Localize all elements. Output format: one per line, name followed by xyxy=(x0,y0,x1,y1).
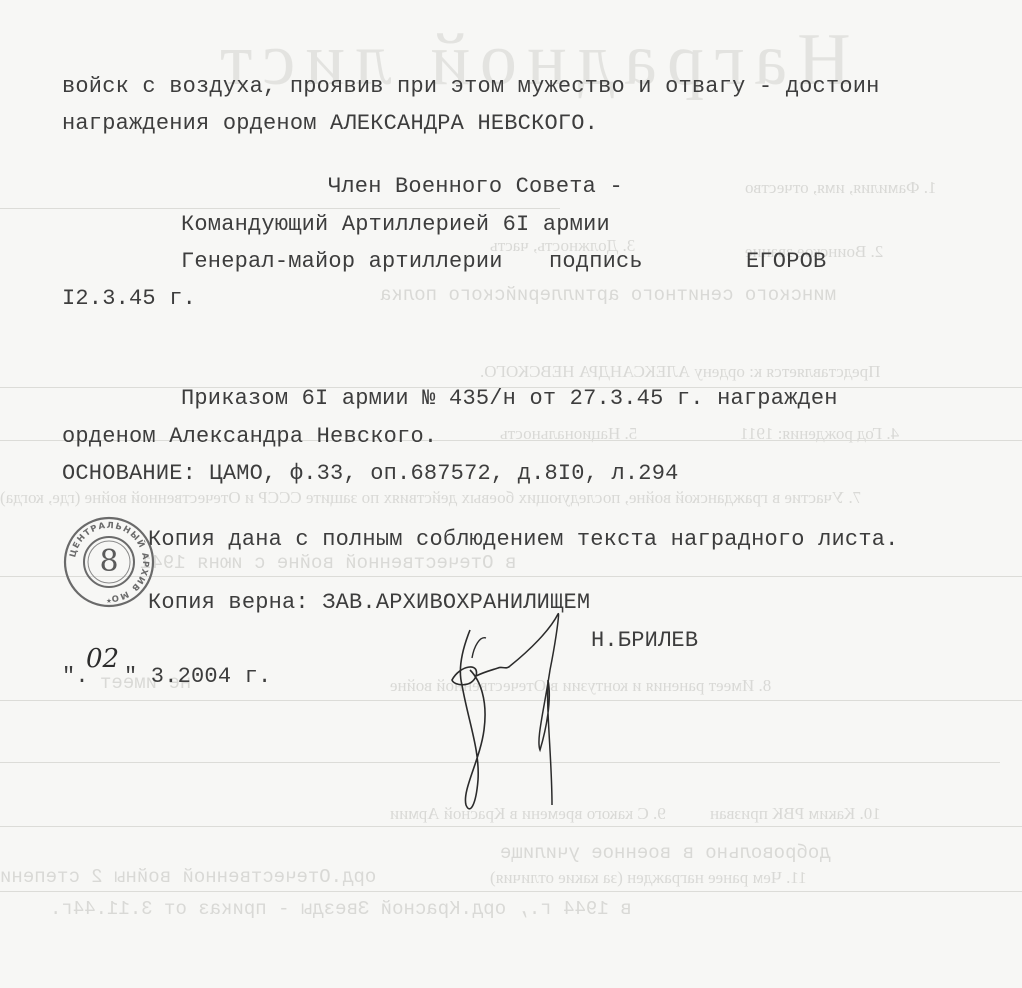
ghost-fragment: 10. Каким РВК призван xyxy=(710,804,881,824)
signatory-date: I2.3.45 г. xyxy=(62,286,196,311)
ghost-fragment: 7. Участие в гражданской войне, последую… xyxy=(0,488,861,508)
handwritten-day: 02 xyxy=(86,644,119,674)
certification-date-prefix: ". xyxy=(62,664,89,689)
document-page: Наградной лист 1. Фамилия, имя, отчество… xyxy=(0,0,1022,988)
archivist-name: Н.БРИЛЕВ xyxy=(591,628,698,653)
ghost-fragment: 5. Национальность xyxy=(500,424,637,444)
ghost-fragment: в Отечественной войне с июня 1941 xyxy=(140,552,516,574)
ghost-fragment: 11. Чем ранее награжден (за какие отличи… xyxy=(490,868,807,888)
signatory-title: Член Военного Совета - xyxy=(328,174,623,199)
form-rule xyxy=(0,891,1022,892)
signatory-rank: Генерал-майор артиллерии xyxy=(181,249,503,274)
order-line: Приказом 6I армии № 435/н от 27.3.45 г. … xyxy=(181,386,838,411)
form-rule xyxy=(0,208,560,209)
ghost-fragment: орд.Отечественной войны 2 степени xyxy=(0,866,376,888)
signatory-name: ЕГОРОВ xyxy=(746,249,826,274)
certification-date-suffix: " 3.2004 г. xyxy=(124,664,271,689)
ghost-fragment: 4. Год рождения: 1911 xyxy=(740,424,899,444)
signature-placeholder: подпись xyxy=(549,249,643,274)
ghost-fragment: минского сенитного артиллерийского полка xyxy=(380,284,836,306)
stamp-number: 8 xyxy=(62,515,156,609)
archive-stamp: ЦЕНТРАЛЬНЫЙ АРХИВ МО ★ 8 xyxy=(62,515,156,609)
copy-statement: Копия дана с полным соблюдением текста н… xyxy=(148,527,899,552)
body-line: войск с воздуха, проявив при этом мужест… xyxy=(62,74,880,99)
archive-basis: ОСНОВАНИЕ: ЦАМО, ф.33, оп.687572, д.8I0,… xyxy=(62,461,679,486)
form-rule xyxy=(0,826,1022,827)
ghost-fragment: добровольно в военное училище xyxy=(500,842,831,864)
handwritten-signature-icon xyxy=(440,610,590,820)
ghost-fragment: 1. Фамилия, имя, отчество xyxy=(745,178,937,198)
signatory-position: Командующий Артиллерией 6I армии xyxy=(181,212,610,237)
ghost-fragment: в 1944 г., орд.Красной Звезды - приказ о… xyxy=(50,898,632,920)
body-line: награждения орденом АЛЕКСАНДРА НЕВСКОГО. xyxy=(62,111,598,136)
order-line: орденом Александра Невского. xyxy=(62,424,437,449)
ghost-fragment: Представляется к: ордену АЛЕКСАНДРА НЕВС… xyxy=(480,362,880,382)
bleed-through-layer: Наградной лист 1. Фамилия, имя, отчество… xyxy=(0,0,1022,988)
